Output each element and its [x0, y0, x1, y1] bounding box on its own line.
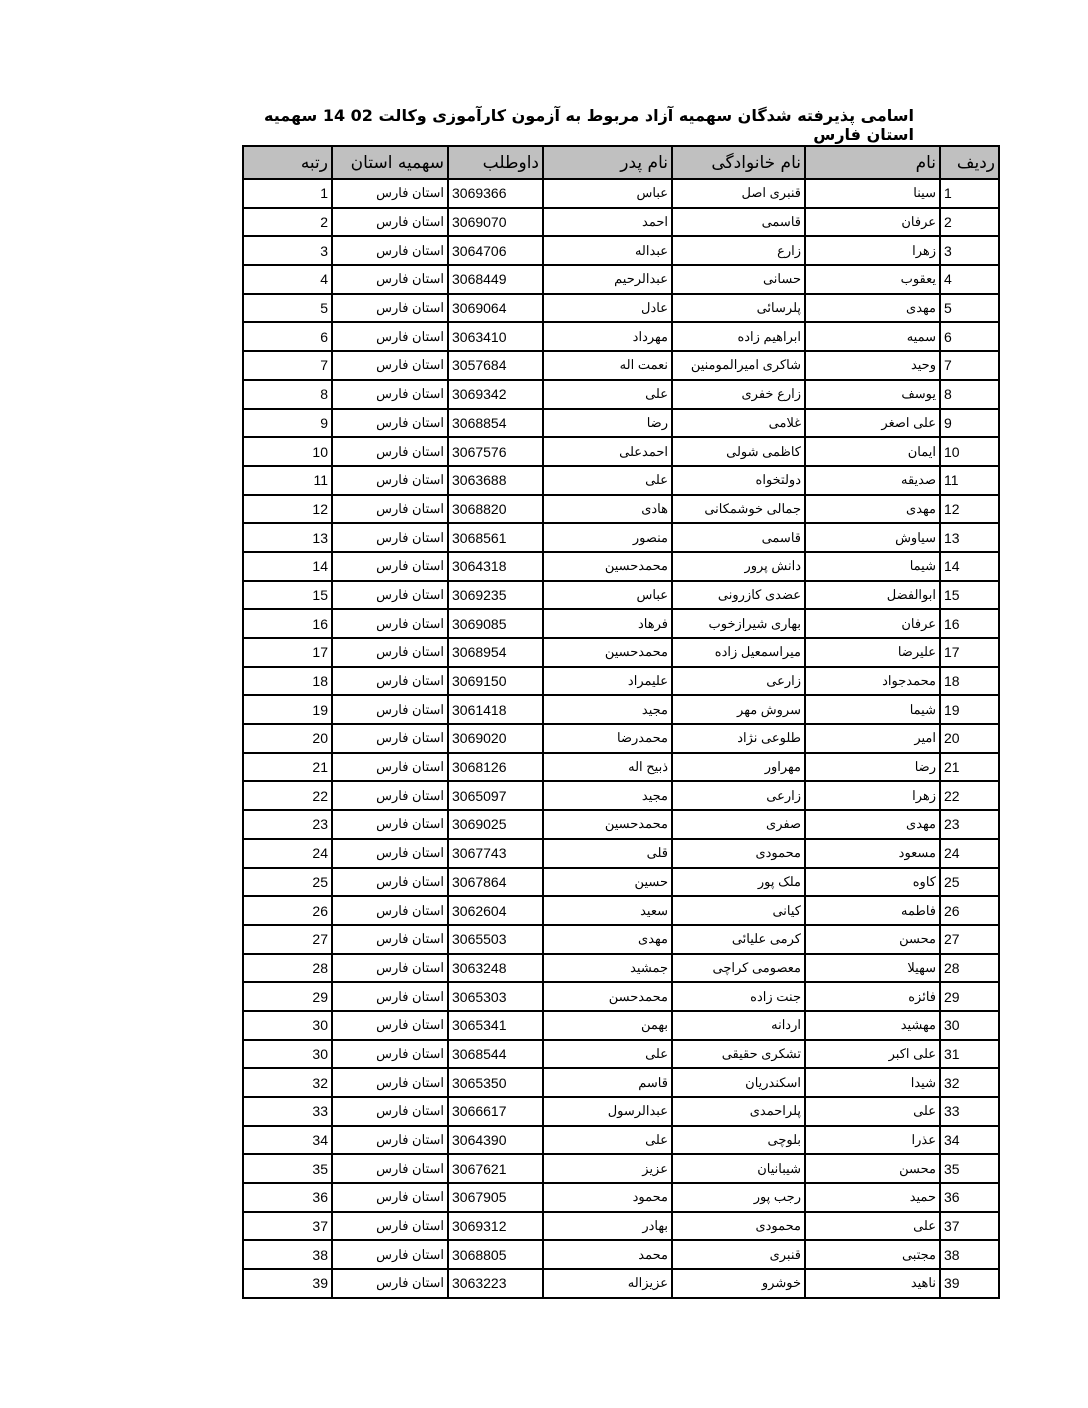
cell-rank: 36: [243, 1183, 332, 1212]
cell-candidate-id: 3065097: [448, 781, 543, 810]
cell-first-name: مهدی: [805, 810, 940, 839]
cell-candidate-id: 3063223: [448, 1269, 543, 1298]
cell-last-name: پلراحمدی: [672, 1097, 805, 1126]
cell-father-name: محمدحسین: [543, 552, 672, 581]
cell-row-no: 2: [940, 208, 999, 237]
cell-last-name: اسکندریان: [672, 1068, 805, 1097]
table-row: 14شیمادانش پرورمحمدحسین3064318استان فارس…: [243, 552, 999, 581]
table-row: 30مهشیداردانهبهمن3065341استان فارس30: [243, 1011, 999, 1040]
cell-quota: استان فارس: [332, 179, 448, 208]
cell-father-name: علی: [543, 466, 672, 495]
cell-quota: استان فارس: [332, 208, 448, 237]
cell-candidate-id: 3068854: [448, 409, 543, 438]
cell-rank: 33: [243, 1097, 332, 1126]
cell-father-name: جمشید: [543, 954, 672, 983]
cell-row-no: 29: [940, 982, 999, 1011]
cell-candidate-id: 3067621: [448, 1154, 543, 1183]
table-row: 13سیاوشقاسمیمنصور3068561استان فارس13: [243, 523, 999, 552]
cell-father-name: رضا: [543, 409, 672, 438]
table-row: 21رضامهراورذبیح اله3068126استان فارس21: [243, 753, 999, 782]
cell-candidate-id: 3068561: [448, 523, 543, 552]
cell-father-name: بهمن: [543, 1011, 672, 1040]
cell-rank: 20: [243, 724, 332, 753]
cell-candidate-id: 3057684: [448, 351, 543, 380]
cell-rank: 23: [243, 810, 332, 839]
cell-row-no: 8: [940, 380, 999, 409]
cell-quota: استان فارس: [332, 753, 448, 782]
cell-last-name: تشکری حقیقی: [672, 1040, 805, 1069]
cell-rank: 34: [243, 1126, 332, 1155]
header-last-name: نام خانوادگی: [672, 146, 805, 179]
cell-first-name: سینا: [805, 179, 940, 208]
cell-first-name: ابوالفضل: [805, 581, 940, 610]
cell-row-no: 22: [940, 781, 999, 810]
cell-father-name: علی: [543, 380, 672, 409]
table-row: 34عذرابلوچیعلی3064390استان فارس34: [243, 1126, 999, 1155]
cell-quota: استان فارس: [332, 1011, 448, 1040]
table-row: 20امیرطلوعی نژادمحمدرضا3069020استان فارس…: [243, 724, 999, 753]
cell-rank: 7: [243, 351, 332, 380]
cell-father-name: عبدالرحیم: [543, 265, 672, 294]
cell-last-name: معصومی کراچی: [672, 954, 805, 983]
cell-rank: 25: [243, 868, 332, 897]
table-row: 2عرفانقاسمیاحمد3069070استان فارس2: [243, 208, 999, 237]
table-row: 8یوسفزارع خفریعلی3069342استان فارس8: [243, 380, 999, 409]
cell-last-name: قاسمی: [672, 523, 805, 552]
table-row: 3زهرازارععبداله3064706استان فارس3: [243, 236, 999, 265]
cell-first-name: شیدا: [805, 1068, 940, 1097]
cell-rank: 32: [243, 1068, 332, 1097]
cell-first-name: محسن: [805, 925, 940, 954]
cell-row-no: 11: [940, 466, 999, 495]
cell-candidate-id: 3068805: [448, 1240, 543, 1269]
cell-last-name: محمودی: [672, 839, 805, 868]
cell-father-name: عزیزاله: [543, 1269, 672, 1298]
cell-row-no: 17: [940, 638, 999, 667]
cell-father-name: نعمت اله: [543, 351, 672, 380]
cell-quota: استان فارس: [332, 294, 448, 323]
cell-rank: 4: [243, 265, 332, 294]
cell-row-no: 27: [940, 925, 999, 954]
cell-quota: استان فارس: [332, 409, 448, 438]
cell-candidate-id: 3068544: [448, 1040, 543, 1069]
cell-candidate-id: 3067905: [448, 1183, 543, 1212]
cell-last-name: پلرسائی: [672, 294, 805, 323]
cell-rank: 17: [243, 638, 332, 667]
cell-quota: استان فارس: [332, 1097, 448, 1126]
cell-last-name: زارعی: [672, 667, 805, 696]
cell-last-name: خوشرو: [672, 1269, 805, 1298]
cell-last-name: ملک پور: [672, 868, 805, 897]
cell-row-no: 33: [940, 1097, 999, 1126]
cell-candidate-id: 3063410: [448, 322, 543, 351]
cell-last-name: جنت زاده: [672, 982, 805, 1011]
cell-quota: استان فارس: [332, 724, 448, 753]
admitted-candidates-table: ردیف نام نام خانوادگی نام پدر داوطلب سهم…: [242, 145, 1000, 1299]
cell-last-name: میراسمعیل زاده: [672, 638, 805, 667]
cell-father-name: فرهاد: [543, 609, 672, 638]
cell-quota: استان فارس: [332, 1126, 448, 1155]
cell-candidate-id: 3069025: [448, 810, 543, 839]
cell-father-name: عباس: [543, 179, 672, 208]
cell-row-no: 1: [940, 179, 999, 208]
cell-first-name: مهدی: [805, 495, 940, 524]
cell-rank: 2: [243, 208, 332, 237]
cell-row-no: 25: [940, 868, 999, 897]
header-row-no: ردیف: [940, 146, 999, 179]
table-row: 11صدیقهدولتخواهعلی3063688استان فارس11: [243, 466, 999, 495]
cell-row-no: 38: [940, 1240, 999, 1269]
table-row: 6سمیهابراهیم زادهمهرداد3063410استان فارس…: [243, 322, 999, 351]
cell-candidate-id: 3061418: [448, 695, 543, 724]
table-row: 33علیپلراحمدیعبدالرسول3066617استان فارس3…: [243, 1097, 999, 1126]
table-row: 36حمیدرجب پورمحمود3067905استان فارس36: [243, 1183, 999, 1212]
cell-last-name: شاکری امیرالمومنین: [672, 351, 805, 380]
cell-last-name: عضدی کازرونی: [672, 581, 805, 610]
cell-quota: استان فارس: [332, 466, 448, 495]
cell-quota: استان فارس: [332, 437, 448, 466]
table-row: 25کاوهملک پورحسین3067864استان فارس25: [243, 868, 999, 897]
cell-quota: استان فارس: [332, 667, 448, 696]
cell-first-name: علی اصغر: [805, 409, 940, 438]
cell-quota: استان فارس: [332, 1212, 448, 1241]
cell-candidate-id: 3065341: [448, 1011, 543, 1040]
cell-last-name: دولتخواه: [672, 466, 805, 495]
cell-first-name: علیرضا: [805, 638, 940, 667]
cell-quota: استان فارس: [332, 810, 448, 839]
cell-father-name: علی: [543, 1040, 672, 1069]
cell-last-name: جمالی خوشمکانی: [672, 495, 805, 524]
table-row: 19شیماسروش مهرمجید3061418استان فارس19: [243, 695, 999, 724]
cell-row-no: 10: [940, 437, 999, 466]
cell-father-name: ذبیح اله: [543, 753, 672, 782]
table-row: 9علی اصغرغلامیرضا3068854استان فارس9: [243, 409, 999, 438]
cell-row-no: 15: [940, 581, 999, 610]
table-row: 1سیناقنبری اصلعباس3069366استان فارس1: [243, 179, 999, 208]
cell-father-name: مجید: [543, 695, 672, 724]
cell-father-name: قاسم: [543, 1068, 672, 1097]
cell-candidate-id: 3067743: [448, 839, 543, 868]
cell-father-name: عباس: [543, 581, 672, 610]
cell-last-name: غلامی: [672, 409, 805, 438]
cell-row-no: 32: [940, 1068, 999, 1097]
cell-last-name: کیانی: [672, 896, 805, 925]
table-row: 35محسنشیبانیانعزیز3067621استان فارس35: [243, 1154, 999, 1183]
table-row: 5مهدیپلرسائیعادل3069064استان فارس5: [243, 294, 999, 323]
table-row: 10ایمانکاظمی شولیاحمدعلی3067576استان فار…: [243, 437, 999, 466]
cell-row-no: 30: [940, 1011, 999, 1040]
cell-first-name: مجتبی: [805, 1240, 940, 1269]
cell-father-name: عزیز: [543, 1154, 672, 1183]
cell-row-no: 4: [940, 265, 999, 294]
cell-rank: 37: [243, 1212, 332, 1241]
cell-candidate-id: 3065503: [448, 925, 543, 954]
cell-rank: 19: [243, 695, 332, 724]
cell-quota: استان فارس: [332, 609, 448, 638]
cell-candidate-id: 3065303: [448, 982, 543, 1011]
table-row: 7وحیدشاکری امیرالمومنیننعمت اله3057684اس…: [243, 351, 999, 380]
cell-row-no: 28: [940, 954, 999, 983]
cell-first-name: سهیلا: [805, 954, 940, 983]
cell-last-name: سروش مهر: [672, 695, 805, 724]
cell-row-no: 13: [940, 523, 999, 552]
cell-quota: استان فارس: [332, 1040, 448, 1069]
cell-row-no: 6: [940, 322, 999, 351]
cell-candidate-id: 3065350: [448, 1068, 543, 1097]
cell-rank: 28: [243, 954, 332, 983]
cell-quota: استان فارس: [332, 495, 448, 524]
cell-row-no: 3: [940, 236, 999, 265]
cell-row-no: 35: [940, 1154, 999, 1183]
table-row: 27محسنکرمی علیائیمهدی3065503استان فارس27: [243, 925, 999, 954]
cell-father-name: احمدعلی: [543, 437, 672, 466]
table-row: 39ناهیدخوشروعزیزاله3063223استان فارس39: [243, 1269, 999, 1298]
cell-candidate-id: 3069235: [448, 581, 543, 610]
cell-candidate-id: 3063688: [448, 466, 543, 495]
cell-first-name: مهدی: [805, 294, 940, 323]
cell-father-name: قلی: [543, 839, 672, 868]
table-row: 22زهرازارعیمجید3065097استان فارس22: [243, 781, 999, 810]
cell-rank: 6: [243, 322, 332, 351]
cell-candidate-id: 3066617: [448, 1097, 543, 1126]
cell-rank: 15: [243, 581, 332, 610]
cell-row-no: 18: [940, 667, 999, 696]
cell-first-name: صدیقه: [805, 466, 940, 495]
table-row: 26فاطمهکیانیسعید3062604استان فارس26: [243, 896, 999, 925]
cell-last-name: شیبانیان: [672, 1154, 805, 1183]
cell-rank: 24: [243, 839, 332, 868]
table-row: 31علی اکبرتشکری حقیقیعلی3068544استان فار…: [243, 1040, 999, 1069]
cell-candidate-id: 3068126: [448, 753, 543, 782]
cell-last-name: ابراهیم زاده: [672, 322, 805, 351]
cell-rank: 10: [243, 437, 332, 466]
cell-rank: 5: [243, 294, 332, 323]
cell-last-name: قنبری اصل: [672, 179, 805, 208]
cell-candidate-id: 3069064: [448, 294, 543, 323]
cell-candidate-id: 3069366: [448, 179, 543, 208]
cell-quota: استان فارس: [332, 781, 448, 810]
table-row: 29فائزهجنت زادهمحمدحسن3065303استان فارس2…: [243, 982, 999, 1011]
cell-first-name: عذرا: [805, 1126, 940, 1155]
cell-last-name: مهراور: [672, 753, 805, 782]
cell-row-no: 31: [940, 1040, 999, 1069]
cell-row-no: 26: [940, 896, 999, 925]
table-body: 1سیناقنبری اصلعباس3069366استان فارس12عرف…: [243, 179, 999, 1298]
cell-rank: 18: [243, 667, 332, 696]
cell-first-name: علی اکبر: [805, 1040, 940, 1069]
cell-candidate-id: 3069070: [448, 208, 543, 237]
table-row: 23مهدیصفریمحمدحسین3069025استان فارس23: [243, 810, 999, 839]
cell-first-name: رضا: [805, 753, 940, 782]
cell-row-no: 16: [940, 609, 999, 638]
cell-last-name: حسانی: [672, 265, 805, 294]
table-row: 24مسعودمحمودیقلی3067743استان فارس24: [243, 839, 999, 868]
cell-rank: 9: [243, 409, 332, 438]
cell-father-name: منصور: [543, 523, 672, 552]
cell-father-name: محمود: [543, 1183, 672, 1212]
cell-rank: 1: [243, 179, 332, 208]
table-row: 12مهدیجمالی خوشمکانیهادی3068820استان فار…: [243, 495, 999, 524]
cell-quota: استان فارس: [332, 351, 448, 380]
cell-quota: استان فارس: [332, 638, 448, 667]
cell-quota: استان فارس: [332, 839, 448, 868]
cell-rank: 26: [243, 896, 332, 925]
cell-row-no: 7: [940, 351, 999, 380]
cell-quota: استان فارس: [332, 982, 448, 1011]
cell-rank: 21: [243, 753, 332, 782]
cell-quota: استان فارس: [332, 236, 448, 265]
cell-last-name: رجب پور: [672, 1183, 805, 1212]
cell-rank: 29: [243, 982, 332, 1011]
cell-father-name: مهدی: [543, 925, 672, 954]
cell-quota: استان فارس: [332, 552, 448, 581]
cell-first-name: محسن: [805, 1154, 940, 1183]
cell-candidate-id: 3069085: [448, 609, 543, 638]
cell-row-no: 23: [940, 810, 999, 839]
cell-candidate-id: 3068449: [448, 265, 543, 294]
cell-father-name: محمدحسین: [543, 810, 672, 839]
cell-last-name: بهاری شیرازخوب: [672, 609, 805, 638]
table-row: 28سهیلامعصومی کراچیجمشید3063248استان فار…: [243, 954, 999, 983]
cell-first-name: حمید: [805, 1183, 940, 1212]
table-header-row: ردیف نام نام خانوادگی نام پدر داوطلب سهم…: [243, 146, 999, 179]
cell-rank: 16: [243, 609, 332, 638]
cell-last-name: بلوچی: [672, 1126, 805, 1155]
cell-father-name: محمد: [543, 1240, 672, 1269]
cell-father-name: محمدرضا: [543, 724, 672, 753]
cell-first-name: فائزه: [805, 982, 940, 1011]
cell-first-name: زهرا: [805, 781, 940, 810]
cell-quota: استان فارس: [332, 1183, 448, 1212]
document-title: اسامی پذیرفته شدگان سهمیه آزاد مربوط به …: [242, 106, 914, 144]
cell-row-no: 14: [940, 552, 999, 581]
cell-father-name: سعید: [543, 896, 672, 925]
table-row: 4یعقوبحسانیعبدالرحیم3068449استان فارس4: [243, 265, 999, 294]
table-row: 32شیدااسکندریانقاسم3065350استان فارس32: [243, 1068, 999, 1097]
cell-first-name: علی: [805, 1212, 940, 1241]
cell-rank: 14: [243, 552, 332, 581]
cell-father-name: عبداله: [543, 236, 672, 265]
cell-candidate-id: 3064390: [448, 1126, 543, 1155]
cell-rank: 30: [243, 1040, 332, 1069]
cell-quota: استان فارس: [332, 322, 448, 351]
cell-row-no: 9: [940, 409, 999, 438]
cell-quota: استان فارس: [332, 581, 448, 610]
cell-father-name: بهادر: [543, 1212, 672, 1241]
cell-first-name: ناهید: [805, 1269, 940, 1298]
table-row: 16عرفانبهاری شیرازخوبفرهاد3069085استان ف…: [243, 609, 999, 638]
cell-quota: استان فارس: [332, 896, 448, 925]
cell-first-name: شیما: [805, 695, 940, 724]
header-first-name: نام: [805, 146, 940, 179]
cell-last-name: دانش پرور: [672, 552, 805, 581]
cell-first-name: فاطمه: [805, 896, 940, 925]
cell-quota: استان فارس: [332, 954, 448, 983]
cell-quota: استان فارس: [332, 1068, 448, 1097]
cell-first-name: وحید: [805, 351, 940, 380]
cell-rank: 11: [243, 466, 332, 495]
cell-candidate-id: 3067576: [448, 437, 543, 466]
cell-quota: استان فارس: [332, 265, 448, 294]
cell-last-name: کاظمی شولی: [672, 437, 805, 466]
cell-row-no: 5: [940, 294, 999, 323]
cell-first-name: عرفان: [805, 208, 940, 237]
cell-last-name: قاسمی: [672, 208, 805, 237]
cell-rank: 22: [243, 781, 332, 810]
cell-rank: 13: [243, 523, 332, 552]
cell-candidate-id: 3063248: [448, 954, 543, 983]
cell-first-name: عرفان: [805, 609, 940, 638]
cell-first-name: زهرا: [805, 236, 940, 265]
cell-last-name: زارع: [672, 236, 805, 265]
cell-last-name: اردانه: [672, 1011, 805, 1040]
cell-rank: 8: [243, 380, 332, 409]
cell-candidate-id: 3062604: [448, 896, 543, 925]
cell-last-name: طلوعی نژاد: [672, 724, 805, 753]
cell-rank: 27: [243, 925, 332, 954]
cell-quota: استان فارس: [332, 868, 448, 897]
cell-first-name: علی: [805, 1097, 940, 1126]
cell-last-name: زارع خفری: [672, 380, 805, 409]
cell-candidate-id: 3069020: [448, 724, 543, 753]
cell-first-name: سمیه: [805, 322, 940, 351]
cell-first-name: یعقوب: [805, 265, 940, 294]
cell-quota: استان فارس: [332, 380, 448, 409]
cell-first-name: محمدجواد: [805, 667, 940, 696]
cell-first-name: مسعود: [805, 839, 940, 868]
cell-row-no: 39: [940, 1269, 999, 1298]
cell-rank: 12: [243, 495, 332, 524]
cell-row-no: 34: [940, 1126, 999, 1155]
cell-quota: استان فارس: [332, 695, 448, 724]
cell-row-no: 20: [940, 724, 999, 753]
cell-first-name: امیر: [805, 724, 940, 753]
cell-father-name: محمدحسین: [543, 638, 672, 667]
cell-father-name: مهرداد: [543, 322, 672, 351]
table-row: 15ابوالفضلعضدی کازرونیعباس3069235استان ف…: [243, 581, 999, 610]
table-row: 38مجتبیقنبریمحمد3068805استان فارس38: [243, 1240, 999, 1269]
cell-rank: 3: [243, 236, 332, 265]
cell-candidate-id: 3067864: [448, 868, 543, 897]
cell-candidate-id: 3068954: [448, 638, 543, 667]
cell-candidate-id: 3069150: [448, 667, 543, 696]
cell-father-name: هادی: [543, 495, 672, 524]
cell-rank: 30: [243, 1011, 332, 1040]
cell-candidate-id: 3069342: [448, 380, 543, 409]
cell-father-name: حسین: [543, 868, 672, 897]
cell-candidate-id: 3064706: [448, 236, 543, 265]
cell-row-no: 19: [940, 695, 999, 724]
cell-row-no: 36: [940, 1183, 999, 1212]
cell-first-name: سیاوش: [805, 523, 940, 552]
cell-first-name: یوسف: [805, 380, 940, 409]
cell-father-name: علیمراد: [543, 667, 672, 696]
cell-father-name: مجید: [543, 781, 672, 810]
cell-last-name: کرمی علیائی: [672, 925, 805, 954]
cell-first-name: مهشید: [805, 1011, 940, 1040]
cell-quota: استان فارس: [332, 1154, 448, 1183]
cell-candidate-id: 3068820: [448, 495, 543, 524]
cell-row-no: 24: [940, 839, 999, 868]
cell-first-name: کاوه: [805, 868, 940, 897]
cell-rank: 39: [243, 1269, 332, 1298]
cell-father-name: عبدالرسول: [543, 1097, 672, 1126]
cell-quota: استان فارس: [332, 925, 448, 954]
cell-last-name: صفری: [672, 810, 805, 839]
cell-quota: استان فارس: [332, 523, 448, 552]
table-row: 17علیرضامیراسمعیل زادهمحمدحسین3068954است…: [243, 638, 999, 667]
cell-row-no: 21: [940, 753, 999, 782]
